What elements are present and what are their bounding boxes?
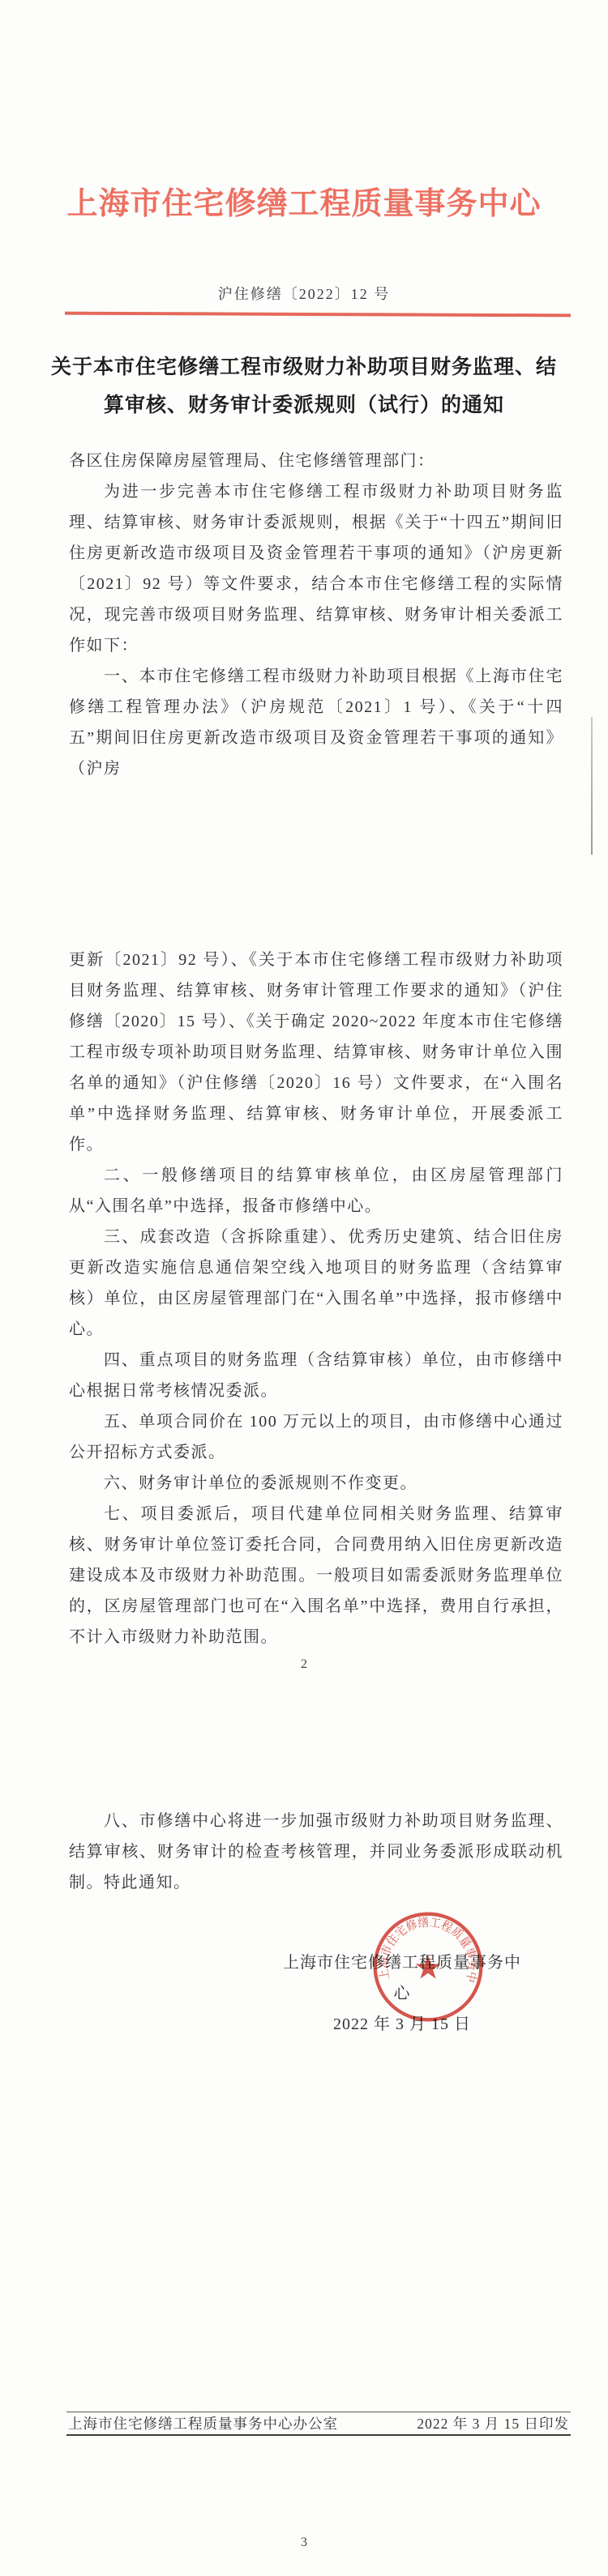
seal-star-icon: ★ [413,1949,443,1985]
red-separator-rule [65,312,571,318]
paragraph: 四、重点项目的财务监理（含结算审核）单位，由市修缮中心根据日常考核情况委派。 [69,1345,563,1406]
paragraph: 八、市修缮中心将进一步加强市级财力补助项目财务监理、结算审核、财务审计的检查考核… [69,1806,563,1898]
body-page1: 各区住房保障房屋管理局、住宅修缮管理部门： 为进一步完善本市住宅修缮工程市级财力… [69,446,563,784]
paragraph: 七、项目委派后，项目代建单位同相关财务监理、结算审核、财务审计单位签订委托合同，… [69,1499,563,1653]
paragraph: 六、财务审计单位的委派规则不作变更。 [69,1468,563,1499]
body-page2: 更新〔2021〕92 号）、《关于本市住宅修缮工程市级财力补助项目财务监理、结算… [69,945,563,1653]
footer-issuer: 上海市住宅修缮工程质量事务中心办公室 [68,2413,338,2433]
scan-artifact-line [591,717,593,855]
page-number-3: 3 [0,2535,608,2550]
official-seal: 上海市住宅修缮工程质量事务中心 ★ [370,1909,486,2025]
document-title: 关于本市住宅修缮工程市级财力补助项目财务监理、结算审核、财务审计委派规则（试行）… [49,348,559,424]
scanned-document-page: 上海市住宅修缮工程质量事务中心 沪住修缮〔2022〕12 号 关于本市住宅修缮工… [0,0,608,2576]
paragraph: 二、一般修缮项目的结算审核单位，由区房屋管理部门从“入围名单”中选择，报备市修缮… [69,1160,563,1222]
paragraph: 五、单项合同价在 100 万元以上的项目，由市修缮中心通过公开招标方式委派。 [69,1406,563,1468]
salutation: 各区住房保障房屋管理局、住宅修缮管理部门： [69,446,563,476]
paragraph: 三、成套改造（含拆除重建）、优秀历史建筑、结合旧住房更新改造实施信息通信架空线入… [69,1222,563,1345]
paragraph-continuation: 更新〔2021〕92 号）、《关于本市住宅修缮工程市级财力补助项目财务监理、结算… [69,945,563,1160]
document-number: 沪住修缮〔2022〕12 号 [0,283,608,304]
letterhead-org-name: 上海市住宅修缮工程质量事务中心 [0,178,608,223]
footer-imprint-bar: 上海市住宅修缮工程质量事务中心办公室 2022 年 3 月 15 日印发 [66,2412,571,2436]
footer-print-date: 2022 年 3 月 15 日印发 [417,2413,569,2433]
page-number-2: 2 [0,1657,608,1672]
paragraph: 一、本市住宅修缮工程市级财力补助项目根据《上海市住宅修缮工程管理办法》（沪房规范… [69,661,563,784]
paragraph: 为进一步完善本市住宅修缮工程市级财力补助项目财务监理、结算审核、财务审计委派规则… [69,476,563,661]
body-page3: 八、市修缮中心将进一步加强市级财力补助项目财务监理、结算审核、财务审计的检查考核… [69,1806,563,1898]
